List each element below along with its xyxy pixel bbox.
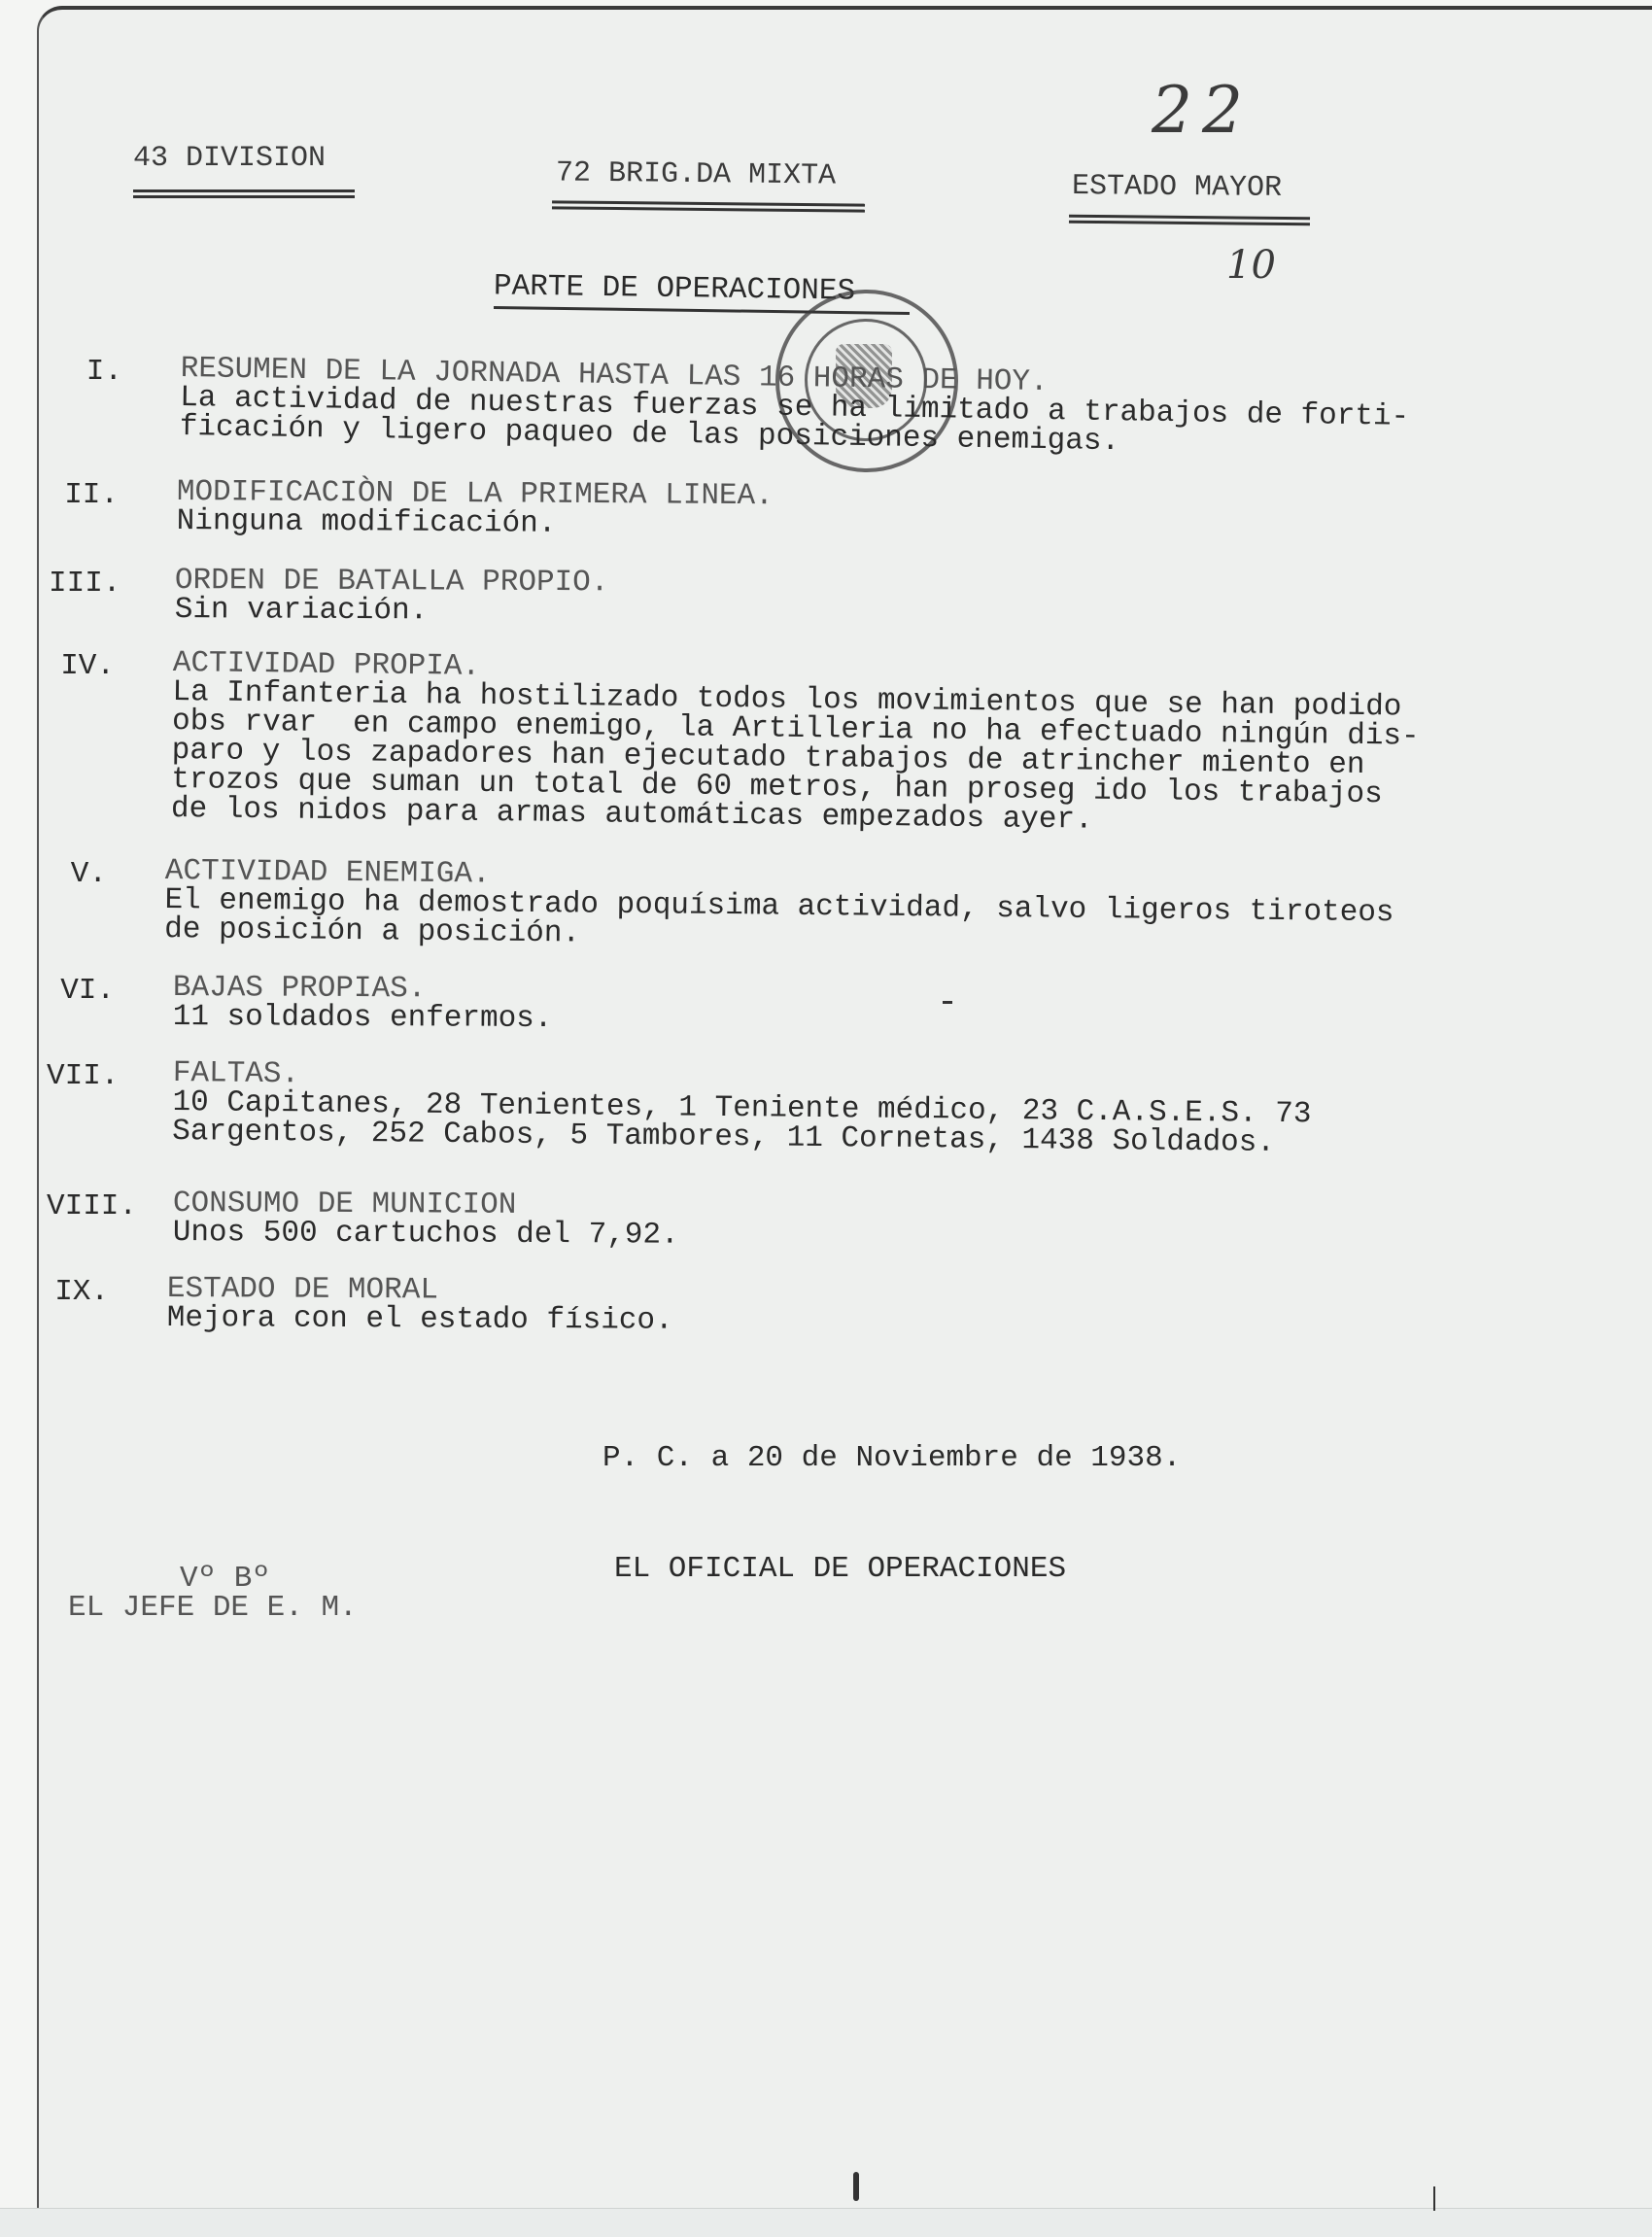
handwritten-folio: 10 — [1226, 243, 1276, 288]
section-numeral: VI. — [47, 974, 115, 1008]
section-block: FALTAS.10 Capitanes, 28 Tenientes, 1 Ten… — [172, 1059, 1312, 1158]
scan-mark — [1433, 2186, 1435, 2211]
brigade-label: 72 BRIG.DA MIXTA — [556, 158, 836, 190]
section-numeral: II. — [51, 478, 119, 512]
section-numeral: IX. — [41, 1275, 109, 1309]
approval-mark: Vº Bº — [180, 1565, 270, 1594]
section-numeral: VIII. — [47, 1189, 115, 1223]
section-body-line: Ninguna modificación. — [177, 507, 774, 540]
section-body-line: 11 soldados enfermos. — [173, 1003, 553, 1034]
scan-mark — [853, 2172, 859, 2201]
date-line: P. C. a 20 de Noviembre de 1938. — [602, 1444, 1181, 1473]
section-numeral: III. — [49, 567, 117, 601]
section-block: ESTADO DE MORALMejora con el estado físi… — [167, 1275, 673, 1336]
scan-bottom-edge — [0, 2208, 1652, 2237]
document-title: PARTE DE OPERACIONES — [494, 272, 855, 306]
section-block: ACTIVIDAD PROPIA.La Infanteria ha hostil… — [171, 649, 1421, 840]
section-block: BAJAS PROPIAS.11 soldados enfermos. — [173, 974, 553, 1034]
division-label: 43 DIVISION — [133, 144, 326, 173]
scan-mark — [943, 1001, 952, 1004]
section-block: CONSUMO DE MUNICIONUnos 500 cartuchos de… — [173, 1189, 679, 1251]
section-block: ORDEN DE BATALLA PROPIO.Sin variación. — [175, 567, 609, 627]
section-numeral: I. — [54, 355, 122, 389]
section-block: MODIFICACIÒN DE LA PRIMERA LINEA.Ninguna… — [177, 478, 774, 540]
section-block: ACTIVIDAD ENEMIGA.El enemigo ha demostra… — [164, 857, 1394, 957]
division-underline — [133, 189, 355, 198]
section-body-line: Sin variación. — [175, 596, 609, 627]
section-body-line: Mejora con el estado físico. — [167, 1304, 673, 1336]
signatory-title: EL OFICIAL DE OPERACIONES — [614, 1555, 1066, 1584]
section-numeral: IV. — [47, 649, 115, 683]
chief-of-staff-label: EL JEFE DE E. M. — [68, 1594, 358, 1623]
staff-label: ESTADO MAYOR — [1072, 172, 1282, 203]
section-numeral: V. — [39, 857, 107, 891]
section-numeral: VII. — [47, 1059, 115, 1093]
section-body-line: Unos 500 cartuchos del 7,92. — [173, 1219, 679, 1251]
handwritten-number: 22 — [1152, 73, 1253, 148]
section-block: RESUMEN DE LA JORNADA HASTA LAS 16 HORAS… — [180, 355, 1410, 462]
